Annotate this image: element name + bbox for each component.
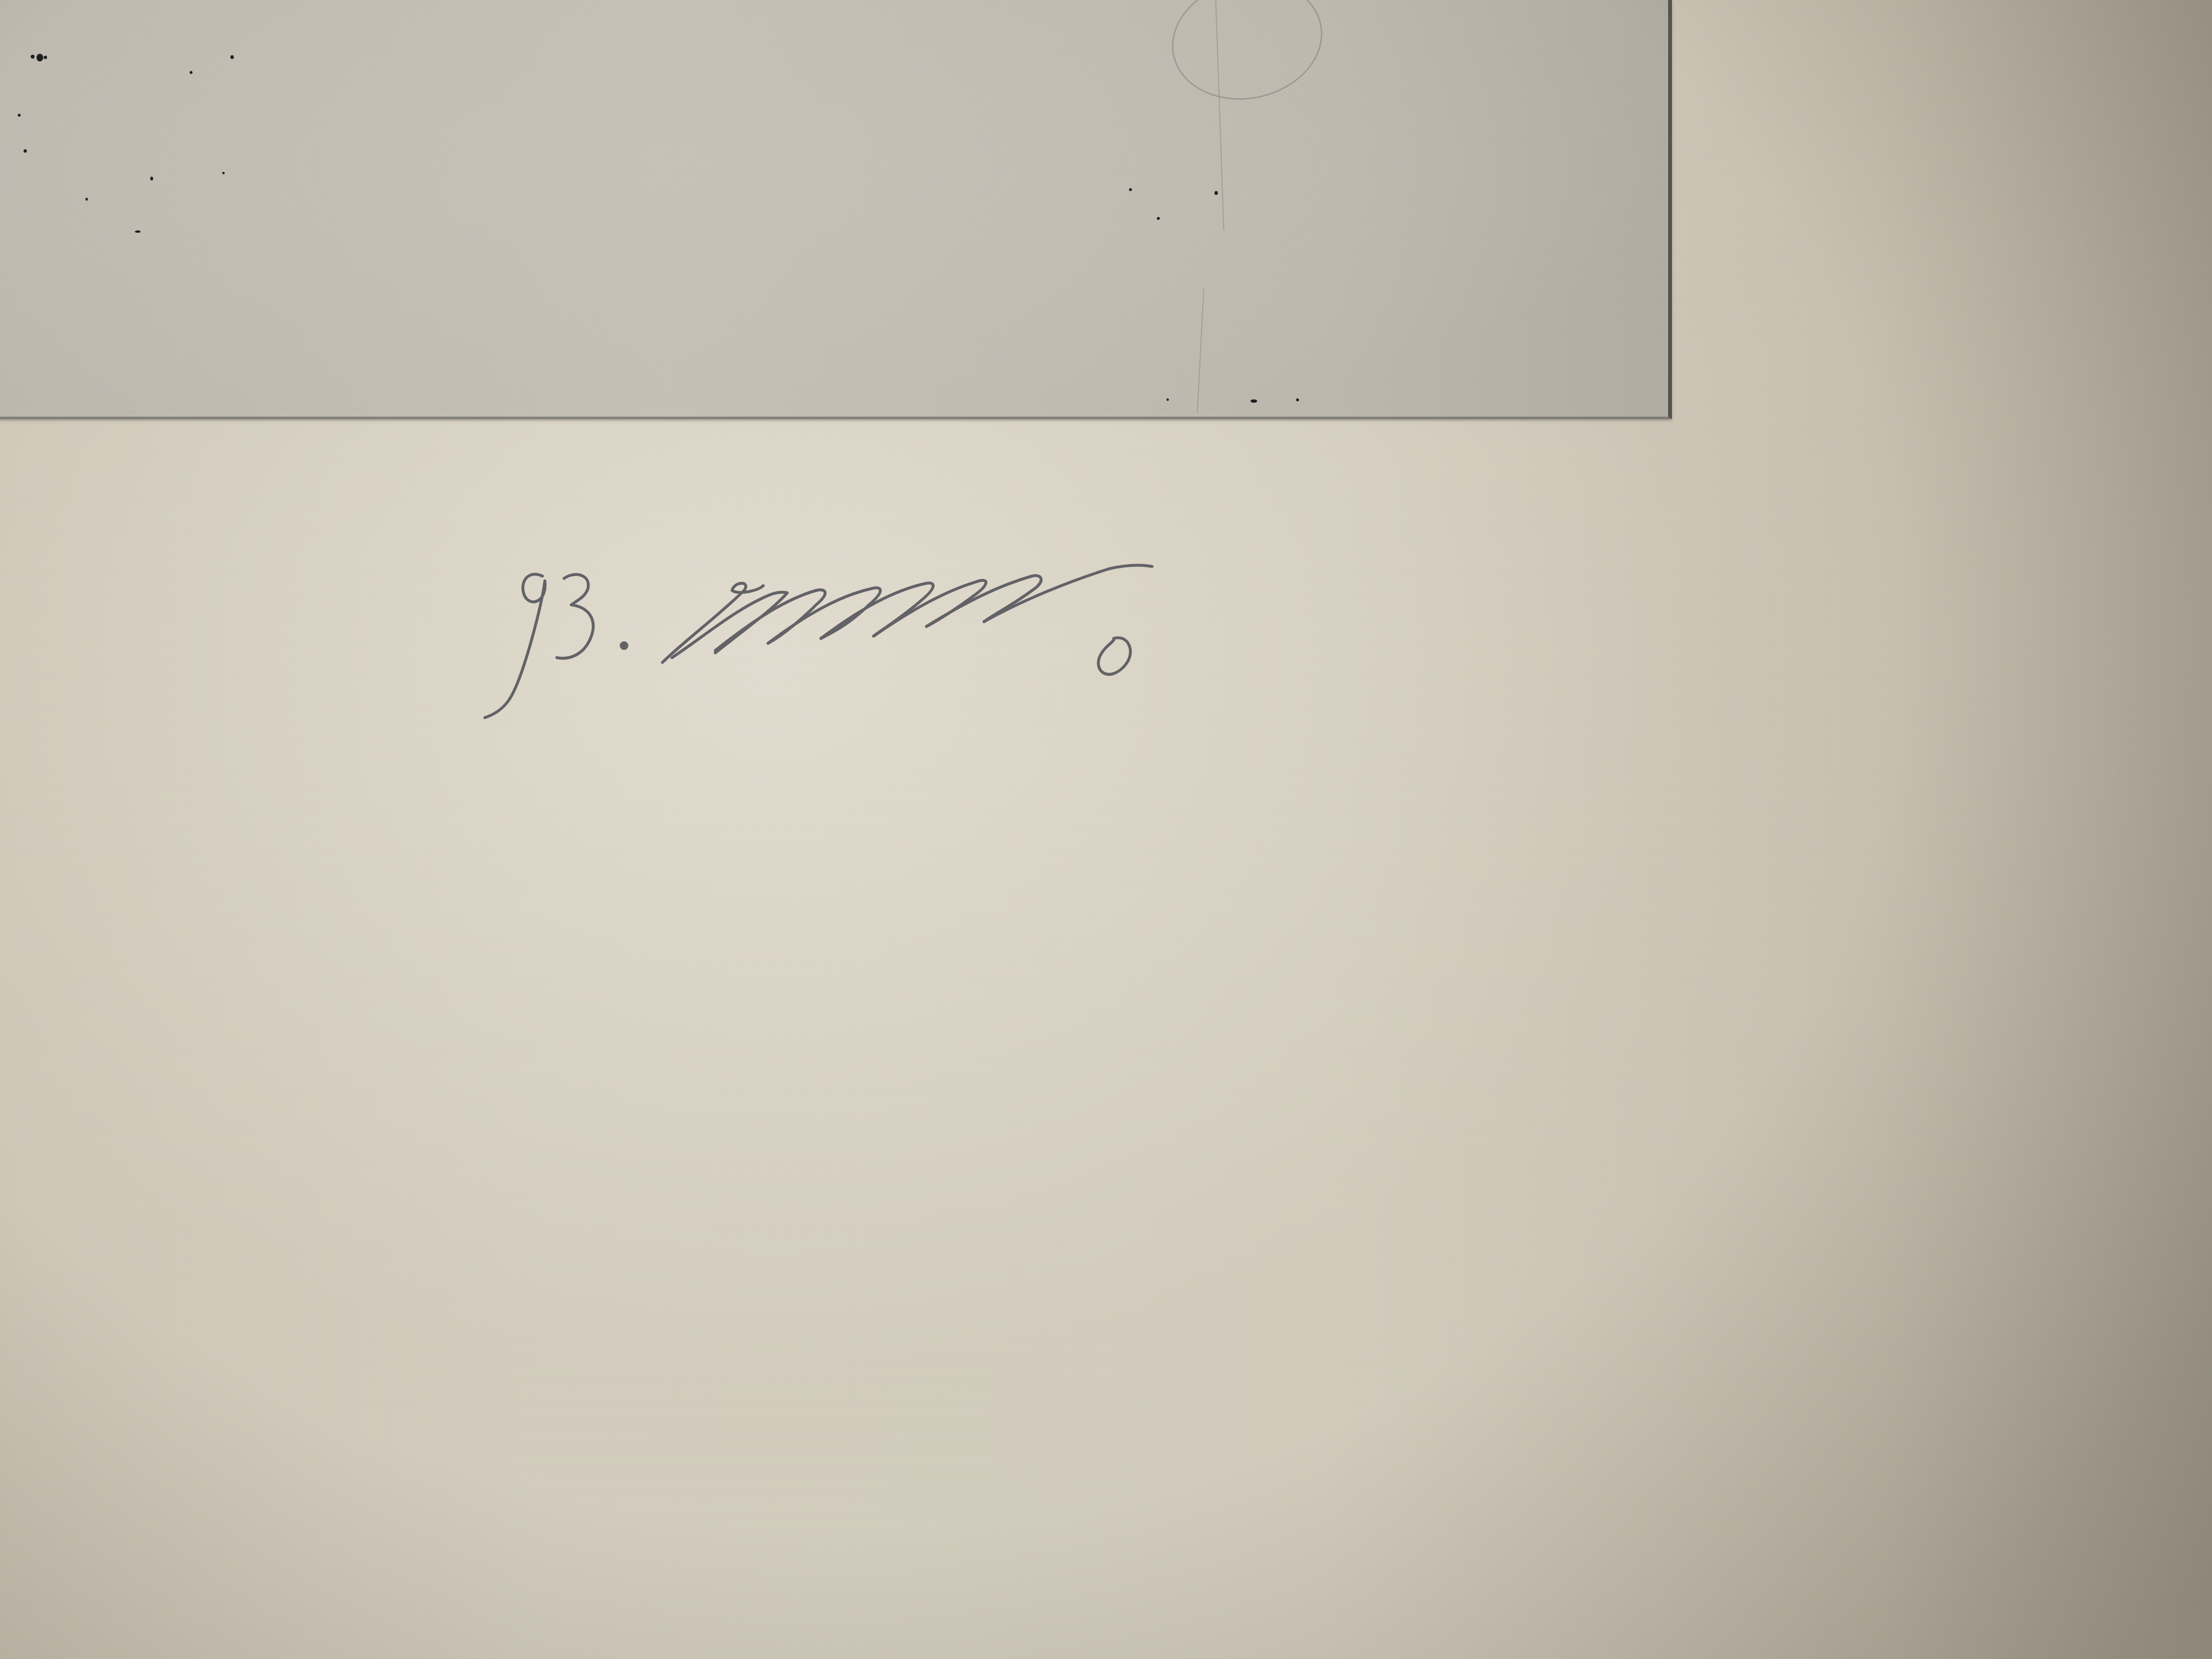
ink-speck (44, 56, 47, 59)
ink-speck (36, 54, 43, 61)
ink-speck (1296, 398, 1299, 401)
ink-speck (31, 55, 35, 59)
ink-speck (18, 114, 21, 117)
ink-speck (230, 55, 234, 59)
etched-oval-shape (1161, 0, 1334, 113)
ink-speck (1157, 217, 1160, 220)
etching-plate-area (0, 0, 1672, 419)
ink-speck (1250, 399, 1257, 403)
ink-speck (135, 230, 141, 233)
ink-speck (1214, 191, 1218, 195)
plate-mark-indent (0, 417, 1668, 421)
etched-line (1197, 288, 1204, 413)
ink-speck (1129, 188, 1132, 191)
ink-speck (24, 149, 27, 153)
ink-speck (1166, 398, 1169, 401)
edition-number: 93. (523, 547, 638, 631)
ink-speck (85, 198, 88, 201)
ink-speck (190, 71, 192, 74)
ink-speck (150, 177, 153, 180)
ink-speck (222, 172, 225, 174)
